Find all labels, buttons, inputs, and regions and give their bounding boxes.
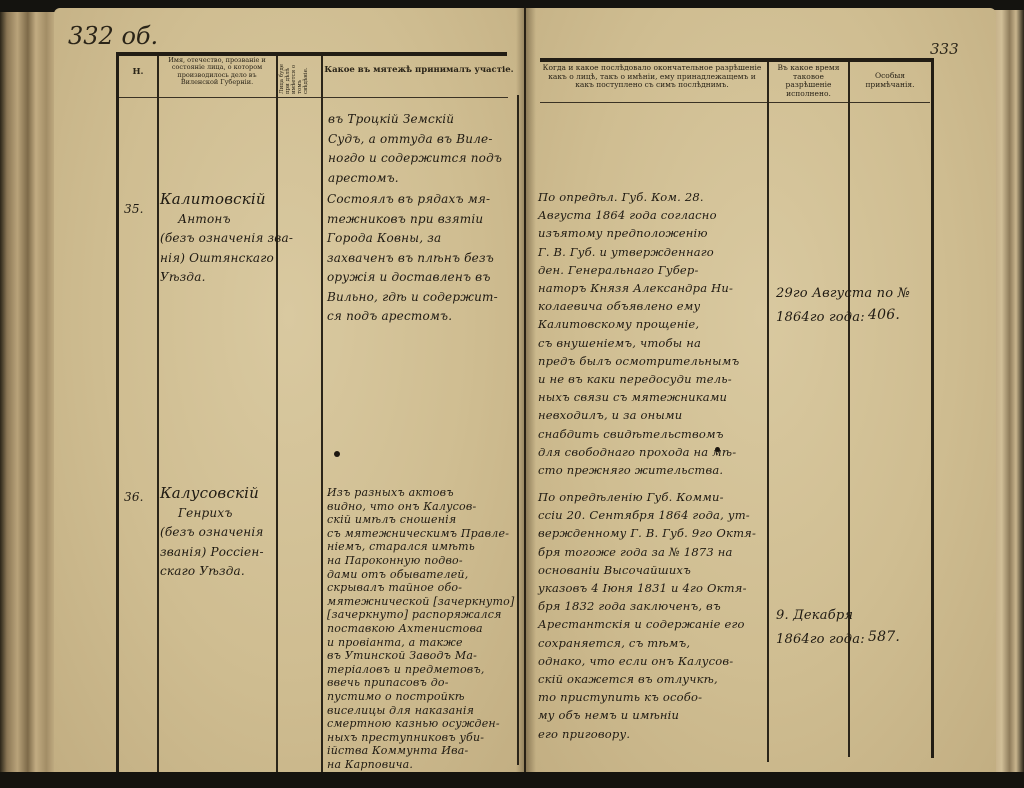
right-col-rule-2 [848, 62, 850, 757]
header-name-col: Имя, отечество, прозваніе и состояніе ли… [160, 57, 274, 87]
header-decision-col: Когда и какое послѣдовало окончательное … [538, 64, 766, 90]
left-outer-rule [116, 52, 119, 777]
entry-36-executed-date: 9. Декабря 1864го года: [776, 604, 865, 652]
right-page-number: 333 [930, 40, 959, 58]
ink-spot [715, 447, 720, 452]
entry-36-decision: По опредѣленію Губ. Комми- ссіи 20. Сент… [538, 488, 756, 743]
entry-35-number: 35. [124, 200, 144, 220]
book-page-edges-left [0, 12, 58, 788]
entry-35-note-number: 406. [868, 306, 900, 326]
right-header-top-rule [540, 58, 932, 62]
header-when-col: Въ какое время таковое разрѣшеніе исполн… [770, 64, 847, 99]
entry-35-participation: Состоялъ въ рядахъ мя- тежниковъ при взя… [327, 190, 498, 327]
ledger-book-spread: 332 об. 333 Н. Имя, отечество, прозваніе… [0, 0, 1024, 788]
entry-36-name: Калусовскій Генрихъ (безъ означенія зван… [160, 484, 264, 582]
left-header-bottom-rule [118, 97, 508, 98]
right-col-rule-1 [767, 62, 769, 762]
header-notes-col: Особыя примѣчанія. [851, 72, 929, 89]
right-outer-rule [931, 58, 934, 758]
entry-35-decision: По опредѣл. Губ. Ком. 28. Августа 1864 г… [538, 188, 739, 479]
left-page-right-rule [517, 95, 519, 765]
right-header-bottom-rule [540, 102, 930, 103]
book-bottom-shadow [0, 772, 1024, 788]
left-col-rule-2 [276, 56, 278, 776]
entry-35-name: Калитовскій Антонъ (безъ означенія зва- … [160, 190, 293, 288]
header-present-col: Лица буде при дѣлѣ имѣется о томъ свѣдѣн… [279, 56, 319, 94]
ink-spot [334, 451, 340, 457]
header-number-col: Н. [120, 68, 156, 78]
entry-36-note-number: 587. [868, 628, 900, 648]
left-page-number: 332 об. [68, 22, 158, 50]
entry-36-participation: Изъ разныхъ актовъ видно, что онъ Калусо… [327, 486, 514, 771]
book-gutter [516, 8, 536, 776]
book-page-edges-right [992, 10, 1024, 788]
carryover-participation: въ Троцкій Земскій Судъ, а оттуда въ Вил… [328, 110, 502, 188]
left-col-rule-3 [321, 56, 323, 776]
entry-36-number: 36. [124, 488, 144, 508]
left-col-rule-1 [157, 56, 159, 776]
header-participation-col: Какое въ мятежѣ принималъ участіе. [324, 66, 514, 76]
